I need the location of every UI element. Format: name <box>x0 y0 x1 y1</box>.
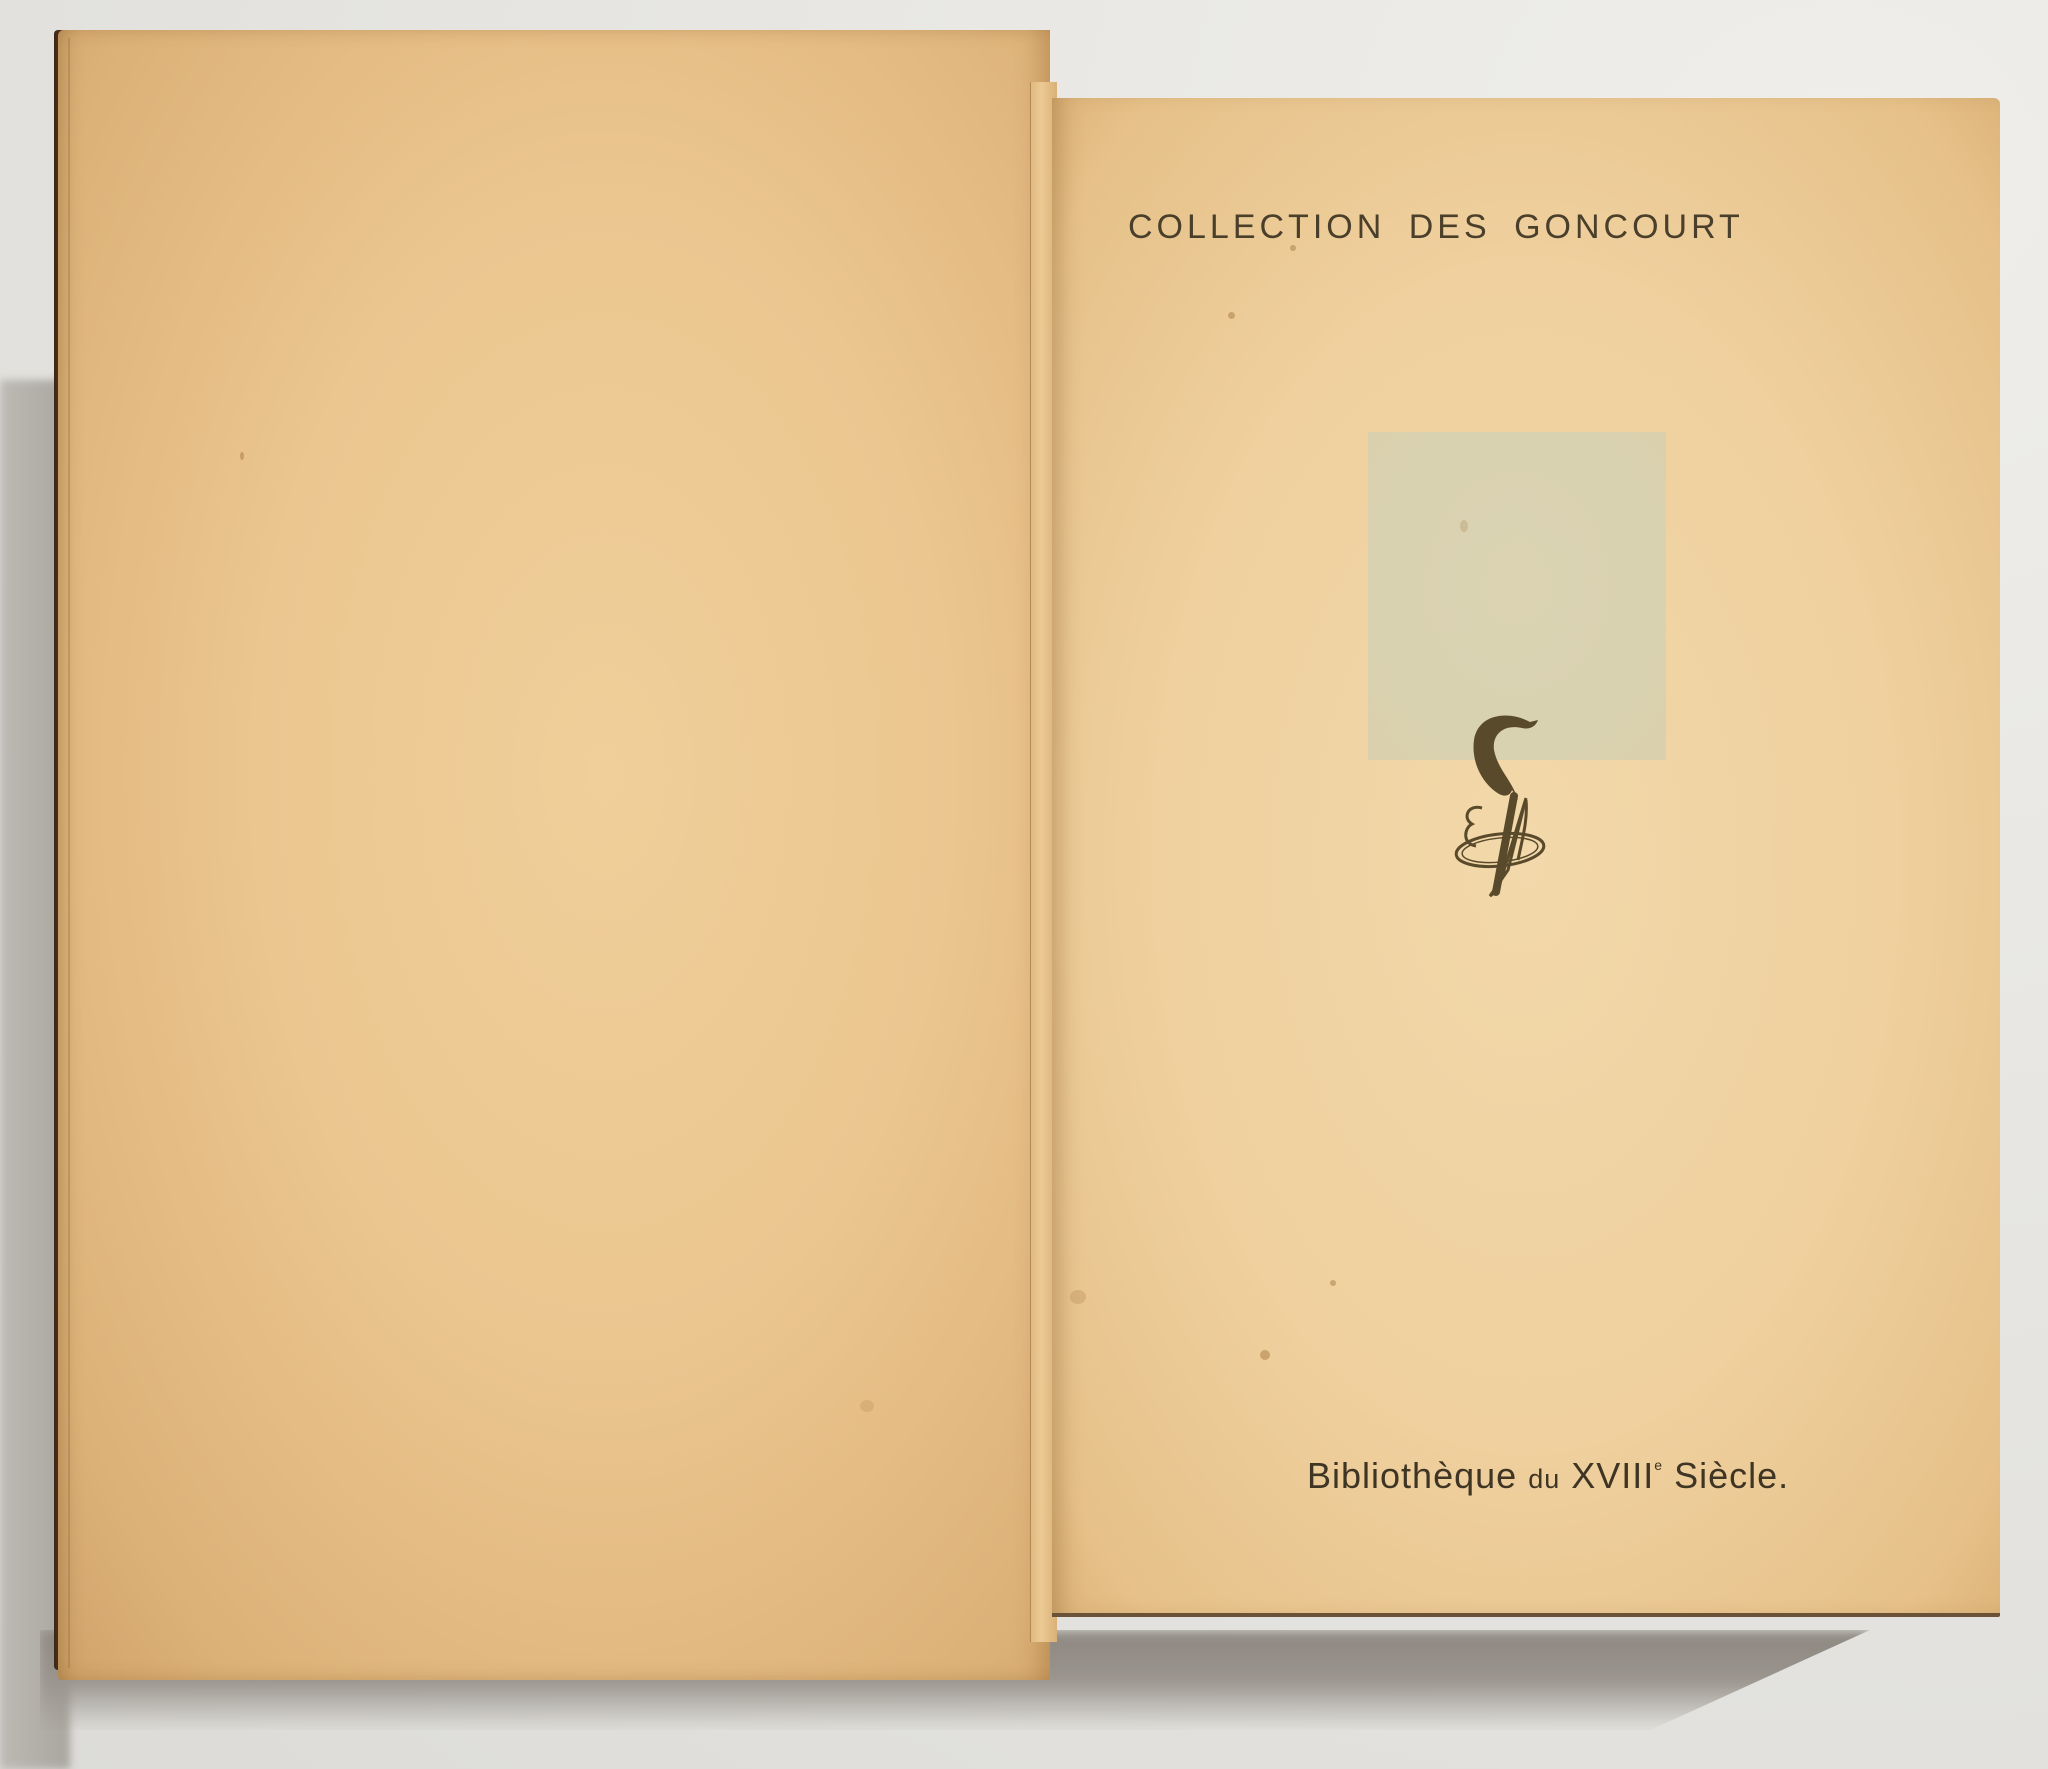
footer-superscript: e <box>1654 1457 1663 1473</box>
left-endpaper-page <box>58 30 1050 1680</box>
foxing-spot <box>860 1400 874 1412</box>
footer-word-du: du <box>1528 1464 1560 1494</box>
left-page-edge-line <box>68 38 70 1668</box>
foxing-spot <box>1290 245 1296 251</box>
footer-word-siecle: Siècle. <box>1674 1455 1789 1496</box>
foxing-spot <box>1070 1290 1086 1304</box>
series-title: Bibliothèque du XVIIIe Siècle. <box>1307 1455 1789 1497</box>
collection-title: COLLECTION DES GONCOURT <box>1128 208 1744 247</box>
foxing-spot <box>1228 312 1235 319</box>
foxing-spot <box>1260 1350 1270 1360</box>
footer-century-numeral: XVIII <box>1571 1455 1654 1496</box>
foxing-spot <box>1330 1280 1336 1286</box>
foxing-spot <box>1460 520 1468 532</box>
foxing-spot <box>240 452 244 460</box>
goncourt-monogram-icon <box>1438 700 1578 900</box>
footer-word-bibliotheque: Bibliothèque <box>1307 1455 1517 1496</box>
